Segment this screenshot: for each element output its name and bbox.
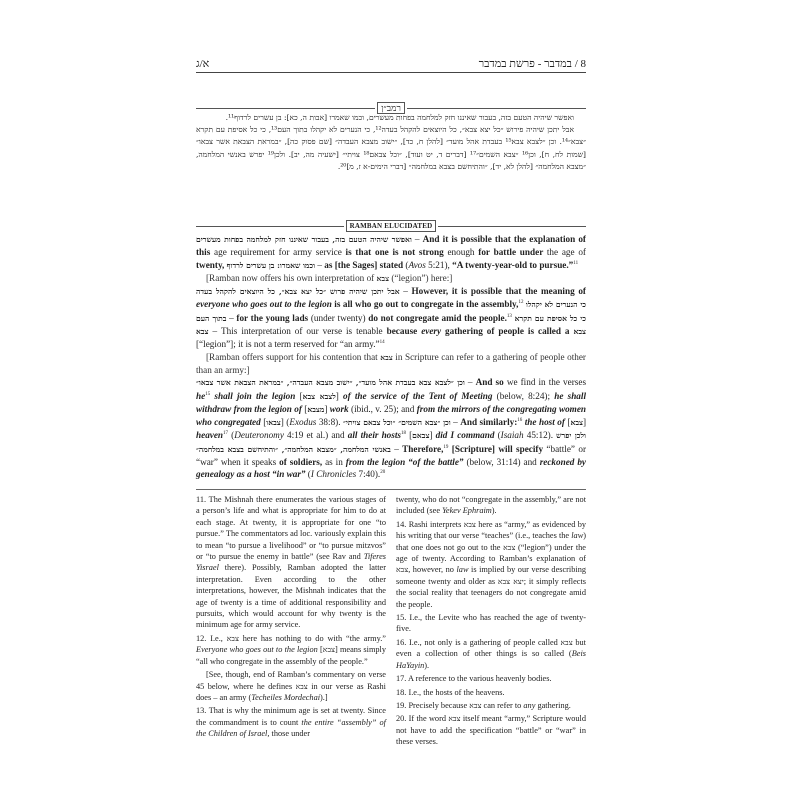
hebrew-word: צבא (464, 520, 476, 529)
hebrew-lemma: צבאו (266, 418, 280, 427)
text: ). (492, 506, 497, 515)
text: can refer to (481, 701, 523, 710)
bold-text: [Scripture] will specify (448, 444, 546, 454)
hebrew-lemma: וכן ״לצבא צבא בעבדת אהל מועד״, ״ישוב מצב… (196, 378, 465, 387)
divider-rule (407, 108, 586, 109)
hebrew-word: צבא (296, 682, 308, 691)
footnote: 20. If the word צבא itself meant “army,”… (396, 713, 586, 747)
text: 20. If the word (396, 714, 448, 723)
text: 45:12). (524, 430, 557, 440)
text: 16. I.e., not only is a gathering of peo… (396, 638, 561, 647)
hebrew-word: צבא (227, 634, 239, 643)
elucidated-paragraph: [Ramban offers support for his contentio… (196, 351, 586, 377)
text: 5:21), (426, 260, 452, 270)
footnote: 16. I.e., not only is a gathering of peo… (396, 637, 586, 671)
hebrew-lemma: מצבא (307, 405, 324, 414)
text: 15. I.e., the Levite who has reached the… (396, 613, 586, 633)
hebrew-word: צבא (396, 565, 408, 574)
elucidated-section-divider: RAMBAN ELUCIDATED (196, 220, 586, 232)
text: – (412, 234, 423, 244)
bold-text: of soldiers, (279, 457, 325, 467)
footnotes-right-column: twenty, who do not “congregate in the as… (396, 494, 586, 750)
text: 7:40). (356, 469, 380, 479)
bold-text: However, it is possible that the meaning… (412, 286, 586, 296)
elucidated-paragraph: אבל יתכן שיהיה פרוש ״כל יצא צבא״, כל היו… (196, 285, 586, 350)
italic-text: law (571, 531, 583, 540)
bold-text: gathering of people is called a (441, 326, 573, 336)
bold-text: Therefore, (402, 444, 443, 454)
italic-text: Exodus (289, 417, 316, 427)
bold-italic-text: all their hosts (348, 430, 401, 440)
text: – (400, 286, 412, 296)
bold-text: twenty, (196, 260, 227, 270)
text: age requirement for army service (214, 247, 345, 257)
hebrew-lemma: צבא (570, 418, 583, 427)
footnote: 15. I.e., the Levite who has reached the… (396, 612, 586, 635)
bold-italic-text: he (196, 391, 205, 401)
ramban-hebrew-text: ואפשר שיהיה הטעם בזה, בעבור שאיננו חזק ל… (196, 112, 586, 173)
ramban-elucidated-text: ואפשר שיהיה הטעם בזה, בעבור שאיננו חזק ל… (196, 233, 586, 481)
text: 18. I.e., the hosts of the heavens. (396, 688, 505, 697)
text: (“legion”) here:] (389, 273, 452, 283)
text: there). Possibly, Ramban adopted the lat… (196, 563, 386, 629)
footnote: 13. That is why the minimum age is set a… (196, 705, 386, 739)
hebrew-lemma: וכמו שאמרו: בן עשרים לרדוף (227, 261, 315, 270)
text: 17. A reference to the various heavenly … (396, 674, 552, 683)
bold-italic-text: from the legion “of the battle” (346, 457, 464, 467)
footnote: 12. I.e., צבא here has nothing to do wit… (196, 633, 386, 667)
text: those under (269, 729, 310, 738)
hebrew-word: צבא (503, 543, 515, 552)
bold-text: for the young lads (236, 313, 310, 323)
bold-italic-text: every (421, 326, 441, 336)
text: ). (424, 661, 429, 670)
bold-italic-text: shall join the legion (210, 391, 299, 401)
hebrew-word: צבא (448, 714, 460, 723)
italic-text: Techeiles Mordechai (251, 693, 320, 702)
hebrew-word: צבא (469, 701, 481, 710)
text: (ibid., v. 25); and (349, 404, 417, 414)
footnote: 18. I.e., the hosts of the heavens. (396, 687, 586, 698)
elucidated-paragraph: ואפשר שיהיה הטעם בזה, בעבור שאיננו חזק ל… (196, 233, 586, 272)
bold-text: is that one is not strong (346, 247, 448, 257)
text: ] (336, 391, 343, 401)
footnote: twenty, who do not “congregate in the as… (396, 494, 586, 517)
hebrew-lemma: צבא (377, 274, 390, 283)
text: – (226, 313, 236, 323)
text: we find in the verses (507, 377, 586, 387)
bold-text: And so (476, 377, 507, 387)
footnote: 14. Rashi interprets צבא here as “army,”… (396, 519, 586, 610)
text: (below, 8:24); (492, 391, 554, 401)
text: ).] (320, 693, 328, 702)
page: א/ג 8 / במדבר - פרשת במדבר רמב״ן ואפשר ש… (130, 0, 670, 800)
bold-italic-text: work (330, 404, 349, 414)
text: [“legion”]; it is not a term reserved fo… (196, 339, 380, 349)
text: (below, 31:14) and (464, 457, 540, 467)
hebrew-word: צבא (561, 638, 573, 647)
elucidated-paragraph: [Ramban now offers his own interpretatio… (196, 272, 586, 285)
bold-italic-text: everyone who goes out to the legion (196, 299, 332, 309)
footnote: 17. A reference to the various heavenly … (396, 673, 586, 684)
text: enough (447, 247, 478, 257)
hebrew-lemma: ואפשר שיהיה הטעם בזה, בעבור שאיננו חזק ל… (196, 235, 412, 244)
footnote-marker: 20 (380, 470, 385, 475)
footnote-marker: 11 (573, 261, 578, 266)
ramban-paragraph: ואפשר שיהיה הטעם בזה, בעבור שאיננו חזק ל… (196, 112, 586, 124)
hebrew-lemma: צבא (573, 327, 586, 336)
text: [Ramban offers support for his contentio… (206, 352, 380, 362)
verse-reference: א/ג (196, 58, 209, 70)
running-title: 8 / במדבר - פרשת במדבר (479, 58, 586, 70)
page-number: 8 (581, 58, 587, 70)
hebrew-word: יצא צבא (498, 577, 524, 586)
bold-italic-text: the host of (522, 417, 567, 427)
italic-text: I Chronicles (311, 469, 356, 479)
italic-text: Isaiah (501, 430, 524, 440)
footnote-divider (196, 489, 586, 490)
hebrew-lemma: צבאם (412, 431, 429, 440)
footnotes-left-column: 11. The Mishnah there enumerates the var… (196, 494, 386, 742)
bold-text: as [the Sages] stated (324, 260, 405, 270)
parsha-title: במדבר - פרשת במדבר (479, 58, 572, 70)
ramban-paragraph: אבל יתכן שיהיה פירוש ״כל יצא צבא״, כל הי… (196, 124, 586, 173)
bold-text: for battle under (478, 247, 547, 257)
text: 14. Rashi interprets (396, 520, 464, 529)
text: 19. Precisely because (396, 701, 469, 710)
bold-text: is all who go out to congregate in the a… (332, 299, 519, 309)
text: , however, no (408, 565, 456, 574)
title-separator: / (572, 58, 578, 70)
elucidated-paragraph: וכן ״לצבא צבא בעבדת אהל מועד״, ״ישוב מצב… (196, 376, 586, 480)
divider-rule (196, 226, 344, 227)
footnote: [See, though, end of Ramban’s commentary… (196, 669, 386, 703)
italic-text: law (456, 565, 468, 574)
hebrew-lemma: צבא (380, 353, 393, 362)
text: the age of (547, 247, 586, 257)
italic-text: Everyone who goes out to the legion (196, 645, 318, 654)
text: – (451, 417, 461, 427)
bold-text: And similarly: (460, 417, 517, 427)
text: 38:8). (316, 417, 343, 427)
ramban-elucidated-label: RAMBAN ELUCIDATED (346, 220, 437, 232)
text: 11. The Mishnah there enumerates the var… (196, 495, 386, 561)
italic-text: Yekev Ephraim (442, 506, 492, 515)
text: – (315, 260, 324, 270)
footnote: 11. The Mishnah there enumerates the var… (196, 494, 386, 631)
italic-text: any (523, 701, 535, 710)
text: 12. I.e., (196, 634, 227, 643)
running-header: א/ג 8 / במדבר - פרשת במדבר (196, 58, 586, 73)
italic-text: Deuteronomy (234, 430, 284, 440)
text: – This interpretation of our verse is te… (209, 326, 387, 336)
text: gathering. (535, 701, 570, 710)
text: (under twenty) (311, 313, 368, 323)
bold-text: “A twenty-year-old to pursue.” (452, 260, 573, 270)
text: ] (583, 417, 586, 427)
text: here has nothing to do with “the army.” (239, 634, 386, 643)
bold-text: because (387, 326, 422, 336)
text: [Ramban now offers his own interpretatio… (206, 273, 377, 283)
italic-text: Avos (408, 260, 425, 270)
text: – (391, 444, 402, 454)
footnote: 19. Precisely because צבא can refer to a… (396, 700, 586, 711)
hebrew-lemma: אבל יתכן שיהיה פרוש ״כל יצא צבא״, כל היו… (196, 287, 400, 296)
text: 4:19 et al.) and (284, 430, 348, 440)
hebrew-lemma: לצבא צבא (303, 392, 336, 401)
divider-rule (196, 108, 375, 109)
divider-rule (438, 226, 586, 227)
hebrew-word: צבא (323, 645, 335, 654)
bold-italic-text: of the service of the Tent of Meeting (343, 391, 492, 401)
bold-italic-text: heaven (196, 430, 223, 440)
footnote-marker: 14 (380, 340, 385, 345)
hebrew-lemma: וכן ״צבא השמים״ ״וכל צבאם צויתי״ (343, 418, 451, 427)
text: as in (325, 457, 346, 467)
text: – (465, 377, 476, 387)
bold-italic-text: did I command (436, 430, 495, 440)
bold-text: do not congregate amid the people. (368, 313, 507, 323)
